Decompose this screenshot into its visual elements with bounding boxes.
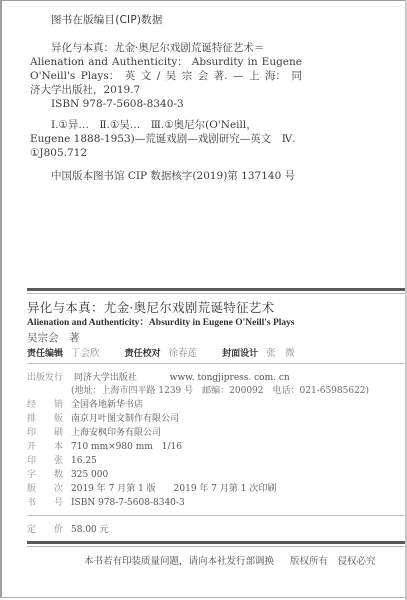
- printer-row: 印刷上海安枫印务有限公司: [27, 427, 161, 439]
- edition-row: 版次2019 年 7 月第 1 版 2019 年 7 月第 1 次印刷: [27, 483, 276, 495]
- publisher-address: (地址：上海市四平路 1239 号 邮编：200092 电话：021-65985…: [71, 385, 369, 397]
- book-author: 吴宗会 著: [27, 330, 80, 345]
- price-value: 58.00 元: [71, 525, 109, 535]
- publisher-row: 出版发行 同济大学出版社 www. tongjipress. com. cn: [27, 372, 290, 384]
- rights-notice: 版权所有 侵权必究: [290, 553, 376, 567]
- footer-divider-thick: [27, 541, 405, 544]
- editor-value: 丁会欣: [71, 348, 100, 359]
- cip-entry-line-1: 异化与本真：尤金·奥尼尔戏剧荒诞特征艺术＝: [51, 42, 264, 55]
- cip-subject-line-1: Ⅰ.①异… Ⅱ.①吴… Ⅲ.①奥尼尔(O'Neill，: [51, 119, 257, 132]
- distributor-row: 经销全国各地新华书店: [27, 399, 143, 411]
- book-title-english: Alienation and Authenticity：Absurdity in…: [27, 314, 295, 328]
- word-count-row: 字数325 000: [27, 469, 108, 481]
- typesetter-row: 排版南京月叶图文制作有限公司: [27, 413, 179, 425]
- cover-designer-value: 张 微: [266, 348, 295, 359]
- cip-entry-line-4: 济大学出版社，2019.7: [30, 84, 140, 97]
- cip-heading: 图书在版编目(CIP)数据: [51, 12, 163, 27]
- book-number-row: 书号ISBN 978-7-5608-8340-3: [27, 497, 185, 509]
- price-divider: [27, 515, 405, 516]
- sheets-row: 印张16.25: [27, 455, 97, 467]
- publisher-website: www. tongjipress. com. cn: [170, 373, 290, 383]
- format-row: 开本710 mm×980 mm 1/16: [27, 441, 182, 453]
- publisher-value: 同济大学出版社: [74, 373, 137, 383]
- cip-entry-line-3: O'Neill's Plays： 英 文 / 吴 宗 会 著. — 上 海： 同: [30, 70, 302, 83]
- section-divider-thin: [27, 293, 405, 294]
- cip-number: 中国版本图书馆 CIP 数据核字(2019)第 137140 号: [51, 170, 295, 183]
- editor-label: 责任编辑: [27, 349, 63, 359]
- editors-divider: [27, 363, 405, 364]
- price-row: 定价58.00 元: [27, 524, 109, 536]
- proofreader-label: 责任校对: [125, 349, 161, 359]
- cip-subject-line-3: ①J805.712: [30, 147, 87, 160]
- cover-designer-label: 封面设计: [222, 349, 258, 359]
- page-inner-edge: [8, 6, 399, 7]
- section-divider-thick: [27, 288, 405, 291]
- cip-entry-line-2: Alienation and Authenticity： Absurdity i…: [30, 56, 302, 69]
- footer-divider-thin: [27, 546, 405, 547]
- editors-credits: 责任编辑丁会欣 责任校对徐春莲 封面设计张 微: [27, 345, 295, 359]
- proofreader-value: 徐春莲: [169, 348, 198, 359]
- publisher-label: 出版发行: [27, 372, 71, 384]
- quality-note: 本书若有印装质量问题，请向本社发行部调换: [84, 553, 274, 567]
- cip-subject-line-2: Eugene 1888-1953)—荒诞戏剧—戏剧研究—英文 Ⅳ.: [30, 133, 296, 146]
- cip-isbn: ISBN 978-7-5608-8340-3: [51, 98, 184, 111]
